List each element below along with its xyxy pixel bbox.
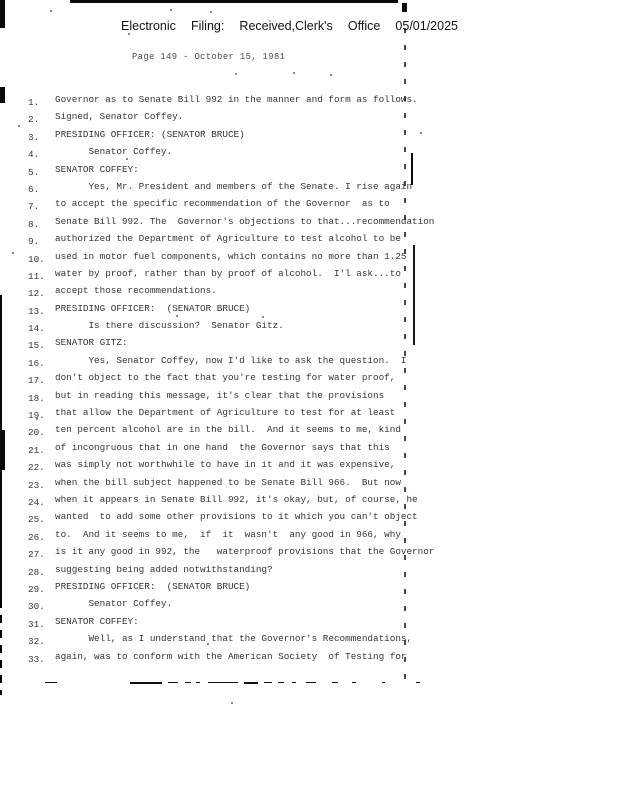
- line-number: 21.: [28, 445, 55, 456]
- line-number: 6.: [28, 184, 55, 195]
- scan-artifact-left-dashed-line: [0, 600, 2, 695]
- transcript-line: 10.used in motor fuel components, which …: [28, 251, 458, 268]
- line-text: wanted to add some other provisions to i…: [55, 511, 418, 522]
- transcript-line: 21.of incongruous that in one hand the G…: [28, 442, 458, 459]
- line-text: SENATOR GITZ:: [55, 337, 128, 348]
- transcript-line: 11.water by proof, rather than by proof …: [28, 268, 458, 285]
- line-text: but in reading this message, it's clear …: [55, 390, 384, 401]
- line-number: 8.: [28, 219, 55, 230]
- line-text: was simply not worthwhile to have in it …: [55, 459, 395, 470]
- line-number: 14.: [28, 323, 55, 334]
- line-number: 9.: [28, 236, 55, 247]
- line-number: 18.: [28, 393, 55, 404]
- stamp-word-received-clerks: Received,Clerk's: [239, 19, 332, 33]
- stamp-word-filing: Filing:: [191, 19, 224, 33]
- transcript-line: 15.SENATOR GITZ:: [28, 337, 458, 354]
- line-number: 11.: [28, 271, 55, 282]
- line-text: to. And it seems to me, if it wasn't any…: [55, 529, 401, 540]
- line-text: used in motor fuel components, which con…: [55, 251, 406, 262]
- transcript-line: 16. Yes, Senator Coffey, now I'd like to…: [28, 355, 458, 372]
- transcript-line: 3.PRESIDING OFFICER: (SENATOR BRUCE): [28, 129, 458, 146]
- line-number: 29.: [28, 584, 55, 595]
- line-text: Senate Bill 992. The Governor's objectio…: [55, 216, 434, 227]
- line-text: Is there discussion? Senator Gitz.: [55, 320, 284, 331]
- scanned-document-page: Electronic Filing: Received,Clerk's Offi…: [0, 0, 618, 800]
- line-text: PRESIDING OFFICER: (SENATOR BRUCE): [55, 303, 250, 314]
- page-header: Page 149 - October 15, 1981: [132, 52, 285, 62]
- line-text: don't object to the fact that you're tes…: [55, 372, 395, 383]
- transcript-line: 17.don't object to the fact that you're …: [28, 372, 458, 389]
- line-text: water by proof, rather than by proof of …: [55, 268, 401, 279]
- scan-artifact-top-left-bar: [0, 0, 5, 28]
- transcript-line: 14. Is there discussion? Senator Gitz.: [28, 320, 458, 337]
- transcript-line: 30. Senator Coffey.: [28, 598, 458, 615]
- line-number: 20.: [28, 427, 55, 438]
- transcript-line: 32. Well, as I understand that the Gover…: [28, 633, 458, 650]
- line-text: to accept the specific recommendation of…: [55, 198, 390, 209]
- line-number: 4.: [28, 149, 55, 160]
- line-number: 16.: [28, 358, 55, 369]
- stamp-word-electronic: Electronic: [121, 19, 176, 33]
- transcript-line: 33.again, was to conform with the Americ…: [28, 651, 458, 668]
- transcript-line: 20.ten percent alcohol are in the bill. …: [28, 424, 458, 441]
- line-number: 13.: [28, 306, 55, 317]
- line-text: PRESIDING OFFICER: (SENATOR BRUCE): [55, 129, 245, 140]
- stamp-word-office: Office: [348, 19, 380, 33]
- transcript-line: 25.wanted to add some other provisions t…: [28, 511, 458, 528]
- line-text: PRESIDING OFFICER: (SENATOR BRUCE): [55, 581, 250, 592]
- line-number: 2.: [28, 114, 55, 125]
- line-text: Governor as to Senate Bill 992 in the ma…: [55, 94, 418, 105]
- line-number: 5.: [28, 167, 55, 178]
- transcript-line: 7.to accept the specific recommendation …: [28, 198, 458, 215]
- line-number: 26.: [28, 532, 55, 543]
- line-text: Well, as I understand that the Governor'…: [55, 633, 412, 644]
- line-number: 23.: [28, 480, 55, 491]
- transcript-line: 2.Signed, Senator Coffey.: [28, 111, 458, 128]
- transcript-line: 18.but in reading this message, it's cle…: [28, 390, 458, 407]
- line-number: 17.: [28, 375, 55, 386]
- line-number: 25.: [28, 514, 55, 525]
- scan-artifact-left-edge-mark: [0, 87, 5, 103]
- line-text: Signed, Senator Coffey.: [55, 111, 183, 122]
- line-number: 32.: [28, 636, 55, 647]
- transcript-line: 26.to. And it seems to me, if it wasn't …: [28, 529, 458, 546]
- scan-artifact-right-line-segment: [411, 153, 413, 185]
- transcript-line: 12.accept those recommendations.: [28, 285, 458, 302]
- transcript-line: 9.authorized the Department of Agricultu…: [28, 233, 458, 250]
- transcript-line: 28.suggesting being added notwithstandin…: [28, 564, 458, 581]
- line-number: 33.: [28, 654, 55, 665]
- line-text: suggesting being added notwithstanding?: [55, 564, 273, 575]
- line-text: accept those recommendations.: [55, 285, 217, 296]
- transcript-line: 8.Senate Bill 992. The Governor's object…: [28, 216, 458, 233]
- line-number: 19.: [28, 410, 55, 421]
- line-number: 15.: [28, 340, 55, 351]
- electronic-filing-stamp: Electronic Filing: Received,Clerk's Offi…: [121, 19, 458, 33]
- transcript-line: 5.SENATOR COFFEY:: [28, 164, 458, 181]
- line-number: 24.: [28, 497, 55, 508]
- transcript-line: 6. Yes, Mr. President and members of the…: [28, 181, 458, 198]
- line-text: when it appears in Senate Bill 992, it's…: [55, 494, 418, 505]
- line-number: 1.: [28, 97, 55, 108]
- line-text: Senator Coffey.: [55, 598, 172, 609]
- line-number: 28.: [28, 567, 55, 578]
- line-text: ten percent alcohol are in the bill. And…: [55, 424, 401, 435]
- line-number: 27.: [28, 549, 55, 560]
- transcript-line: 1.Governor as to Senate Bill 992 in the …: [28, 94, 458, 111]
- line-number: 12.: [28, 288, 55, 299]
- transcript-line: 29.PRESIDING OFFICER: (SENATOR BRUCE): [28, 581, 458, 598]
- line-text: of incongruous that in one hand the Gove…: [55, 442, 390, 453]
- scan-artifact-top-rule: [70, 0, 398, 3]
- line-text: is it any good in 992, the waterproof pr…: [55, 546, 434, 557]
- transcript: 1.Governor as to Senate Bill 992 in the …: [28, 94, 458, 668]
- transcript-line: 31.SENATOR COFFEY:: [28, 616, 458, 633]
- line-text: SENATOR COFFEY:: [55, 164, 139, 175]
- transcript-line: 23.when the bill subject happened to be …: [28, 477, 458, 494]
- transcript-line: 27.is it any good in 992, the waterproof…: [28, 546, 458, 563]
- transcript-line: 19.that allow the Department of Agricult…: [28, 407, 458, 424]
- line-text: authorized the Department of Agriculture…: [55, 233, 401, 244]
- line-text: Senator Coffey.: [55, 146, 172, 157]
- line-number: 30.: [28, 601, 55, 612]
- scan-artifact-left-edge-blob: [0, 430, 5, 470]
- transcript-line: 24.when it appears in Senate Bill 992, i…: [28, 494, 458, 511]
- line-number: 10.: [28, 254, 55, 265]
- line-text: Yes, Mr. President and members of the Se…: [55, 181, 412, 192]
- line-number: 7.: [28, 201, 55, 212]
- line-text: that allow the Department of Agriculture…: [55, 407, 395, 418]
- line-text: Yes, Senator Coffey, now I'd like to ask…: [55, 355, 406, 366]
- line-text: again, was to conform with the American …: [55, 651, 406, 662]
- transcript-line: 4. Senator Coffey.: [28, 146, 458, 163]
- scan-artifact-right-dashed-line: [404, 28, 406, 690]
- line-text: when the bill subject happened to be Sen…: [55, 477, 401, 488]
- line-number: 3.: [28, 132, 55, 143]
- scan-artifact-pilcrow-mark: [402, 3, 407, 12]
- scan-artifact-right-line-segment: [413, 245, 415, 345]
- line-text: SENATOR COFFEY:: [55, 616, 139, 627]
- line-number: 31.: [28, 619, 55, 630]
- line-number: 22.: [28, 462, 55, 473]
- transcript-line: 13.PRESIDING OFFICER: (SENATOR BRUCE): [28, 303, 458, 320]
- transcript-line: 22.was simply not worthwhile to have in …: [28, 459, 458, 476]
